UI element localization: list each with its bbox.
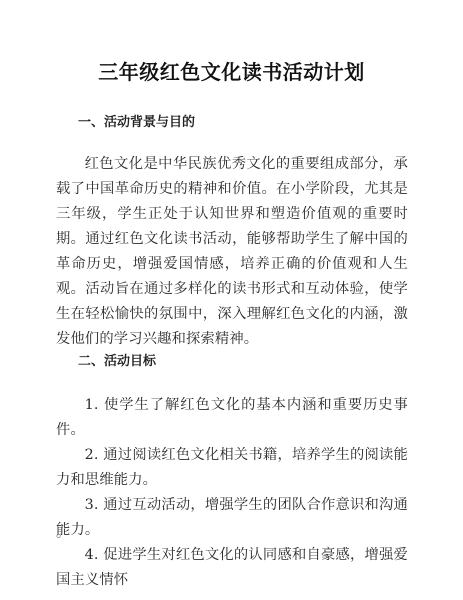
section-heading-background: 一、活动背景与目的 [78,111,195,130]
section-heading-goals: 二、活动目标 [78,350,156,369]
goal-item: 4. 促进学生对红色文化的认同感和自豪感，增强爱国主义情怀 [56,543,408,593]
trailing-punctuation: 。 [56,522,70,542]
goal-item: 2. 通过阅读红色文化相关书籍，培养学生的阅读能力和思维能力。 [56,443,408,493]
document-title: 三年级红色文化读书活动计划 [0,56,463,85]
goal-item: 3. 通过互动活动，增强学生的团队合作意识和沟通能力。 [56,493,408,543]
document-page: 三年级红色文化读书活动计划 一、活动背景与目的 红色文化是中华民族优秀文化的重要… [0,0,463,600]
goal-item: 1. 使学生了解红色文化的基本内涵和重要历史事件。 [56,393,408,443]
goals-list: 1. 使学生了解红色文化的基本内涵和重要历史事件。 2. 通过阅读红色文化相关书… [56,393,408,593]
background-paragraph: 红色文化是中华民族优秀文化的重要组成部分，承载了中国革命历史的精神和价值。在小学… [56,152,408,352]
